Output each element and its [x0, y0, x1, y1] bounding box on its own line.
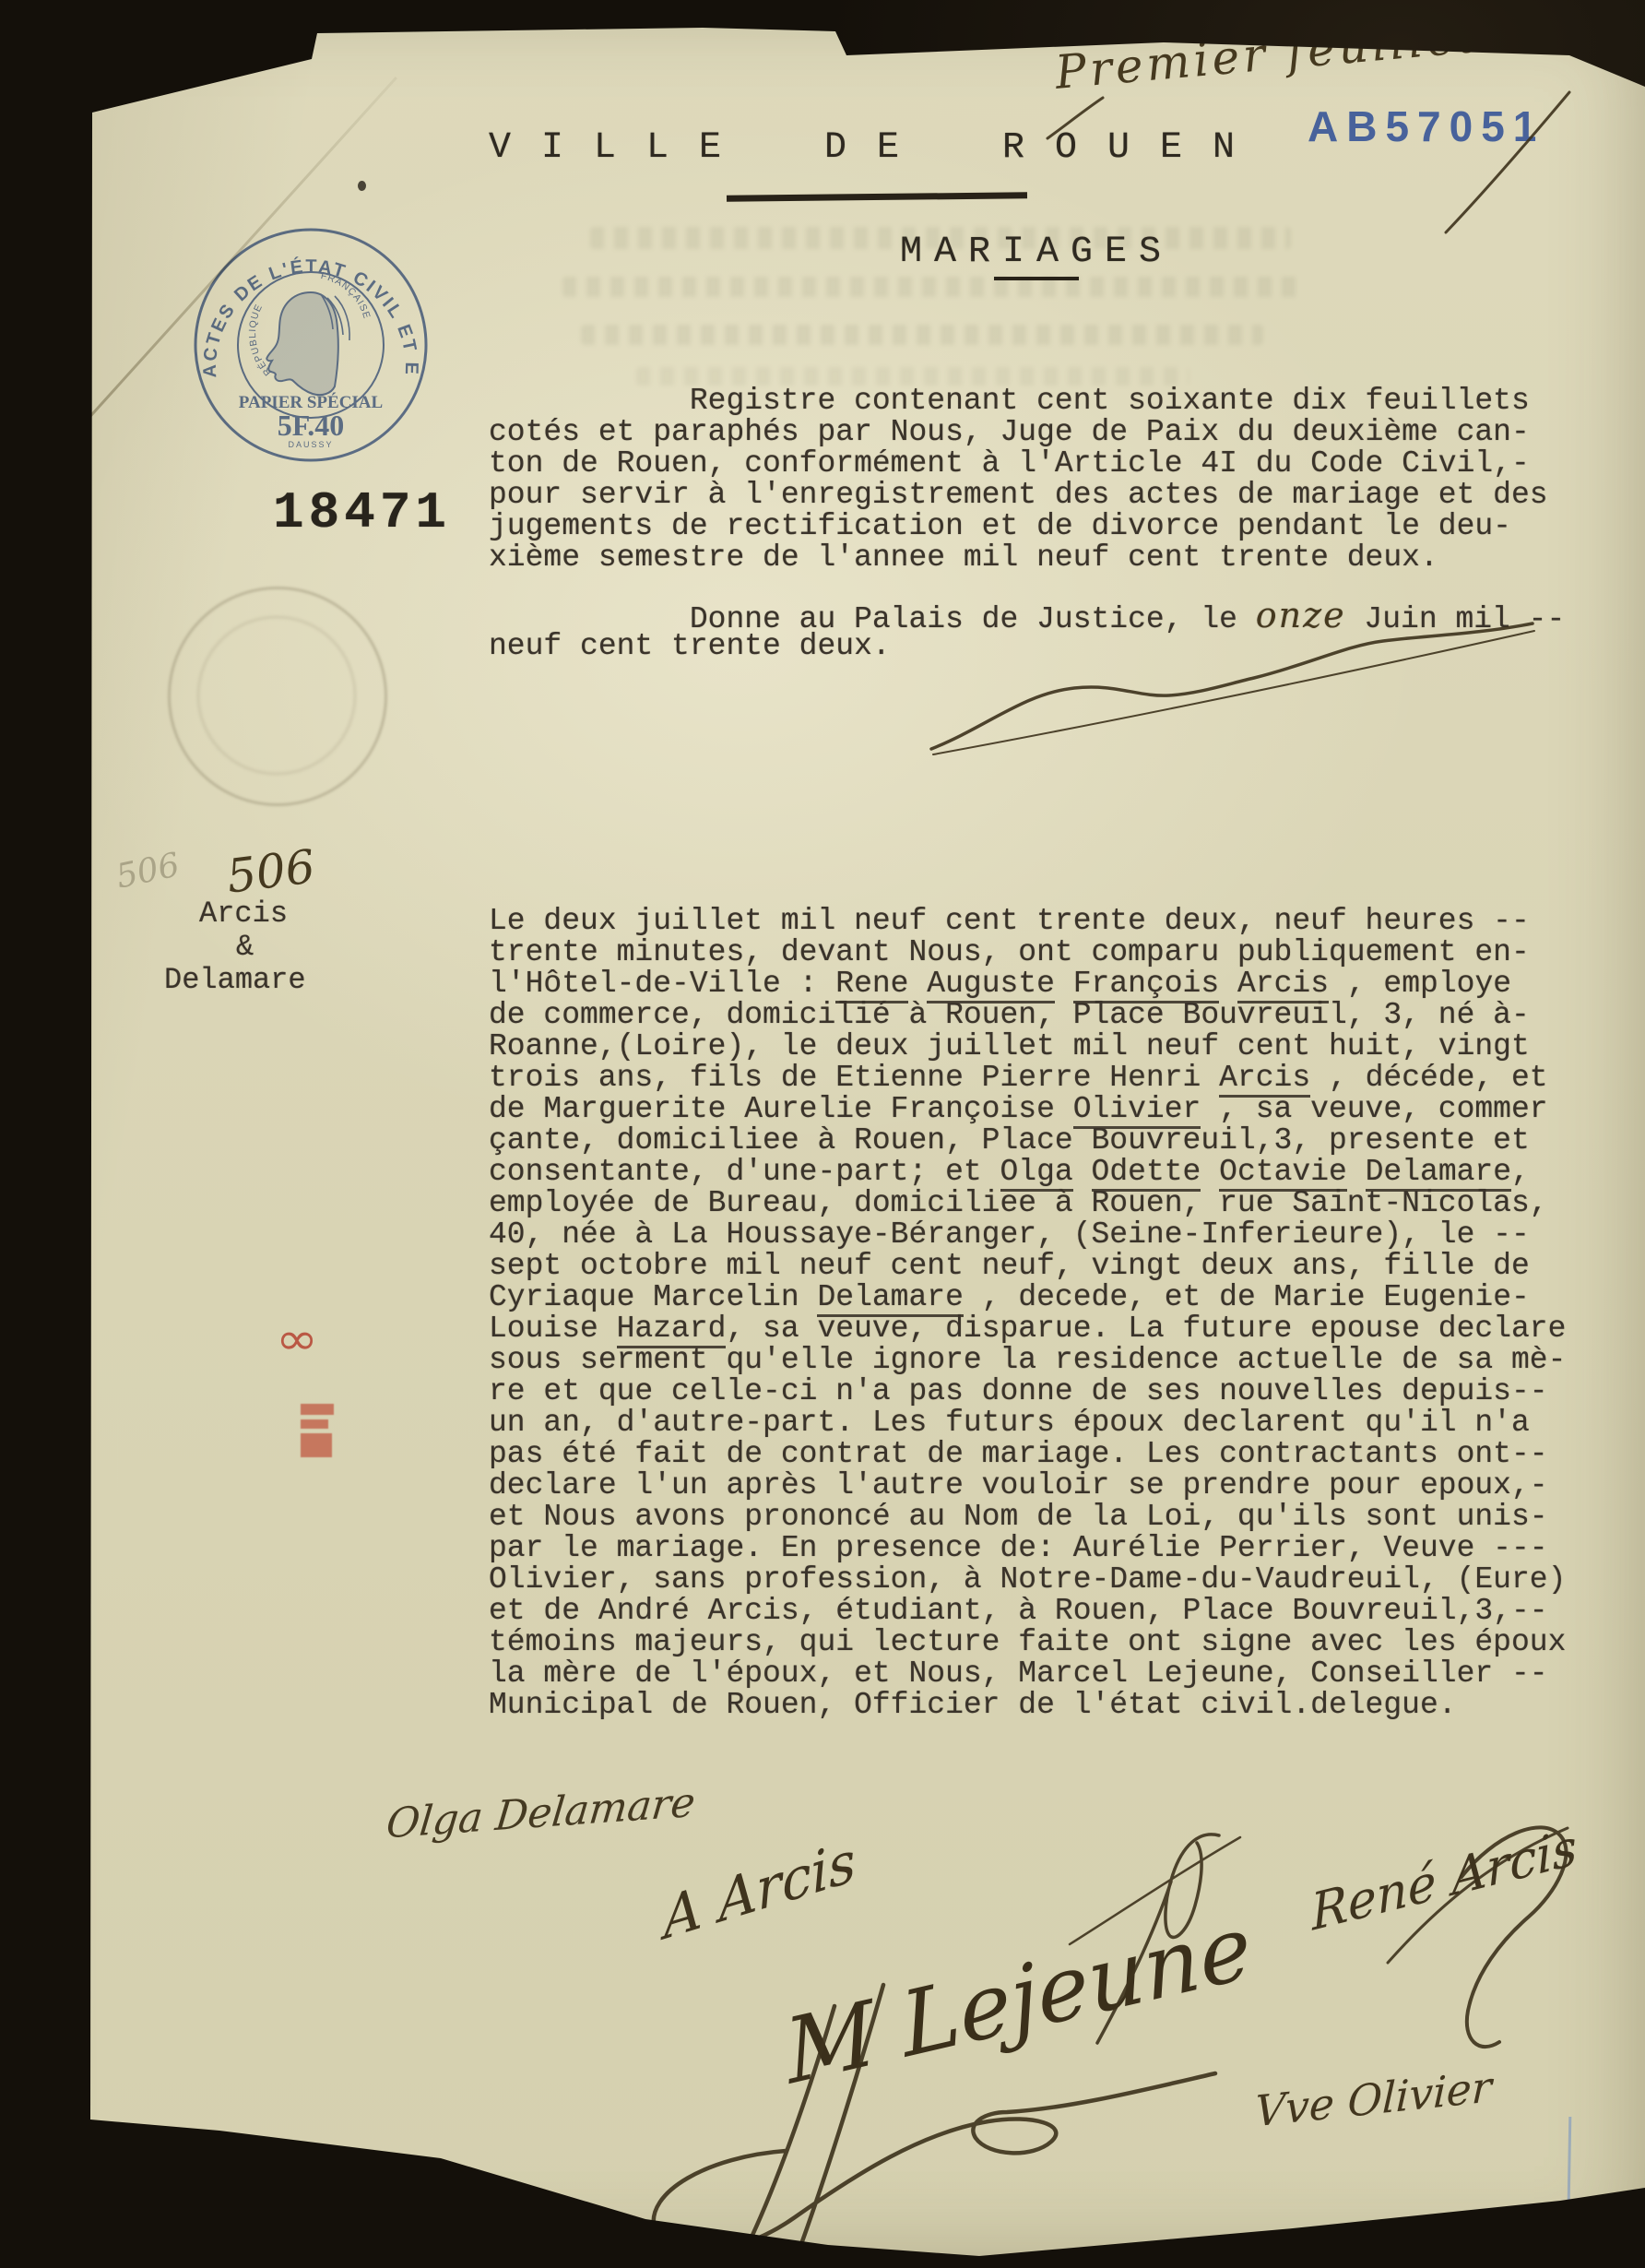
- paraph-flourish: [1097, 1835, 1219, 2043]
- rene-flourish-cross: [1388, 1828, 1568, 1963]
- scan-background: Premier feuillet 5 AB57051 VILLE DE ROUE…: [0, 0, 1645, 2268]
- note-lead-in-stroke: [1047, 98, 1103, 138]
- officer-paraph-line2: [933, 631, 1534, 754]
- officer-paraph-line: [931, 623, 1533, 749]
- lejeune-loop-flourish: [654, 2073, 1215, 2252]
- note-slash-stroke: [1446, 92, 1569, 232]
- document-page: Premier feuillet 5 AB57051 VILLE DE ROUE…: [0, 0, 1645, 2268]
- ink-flourishes: [0, 0, 1645, 2268]
- lejeune-stroke-1: [749, 2006, 834, 2243]
- lejeune-stroke-2: [795, 1985, 883, 2262]
- rene-flourish: [1462, 1827, 1567, 2047]
